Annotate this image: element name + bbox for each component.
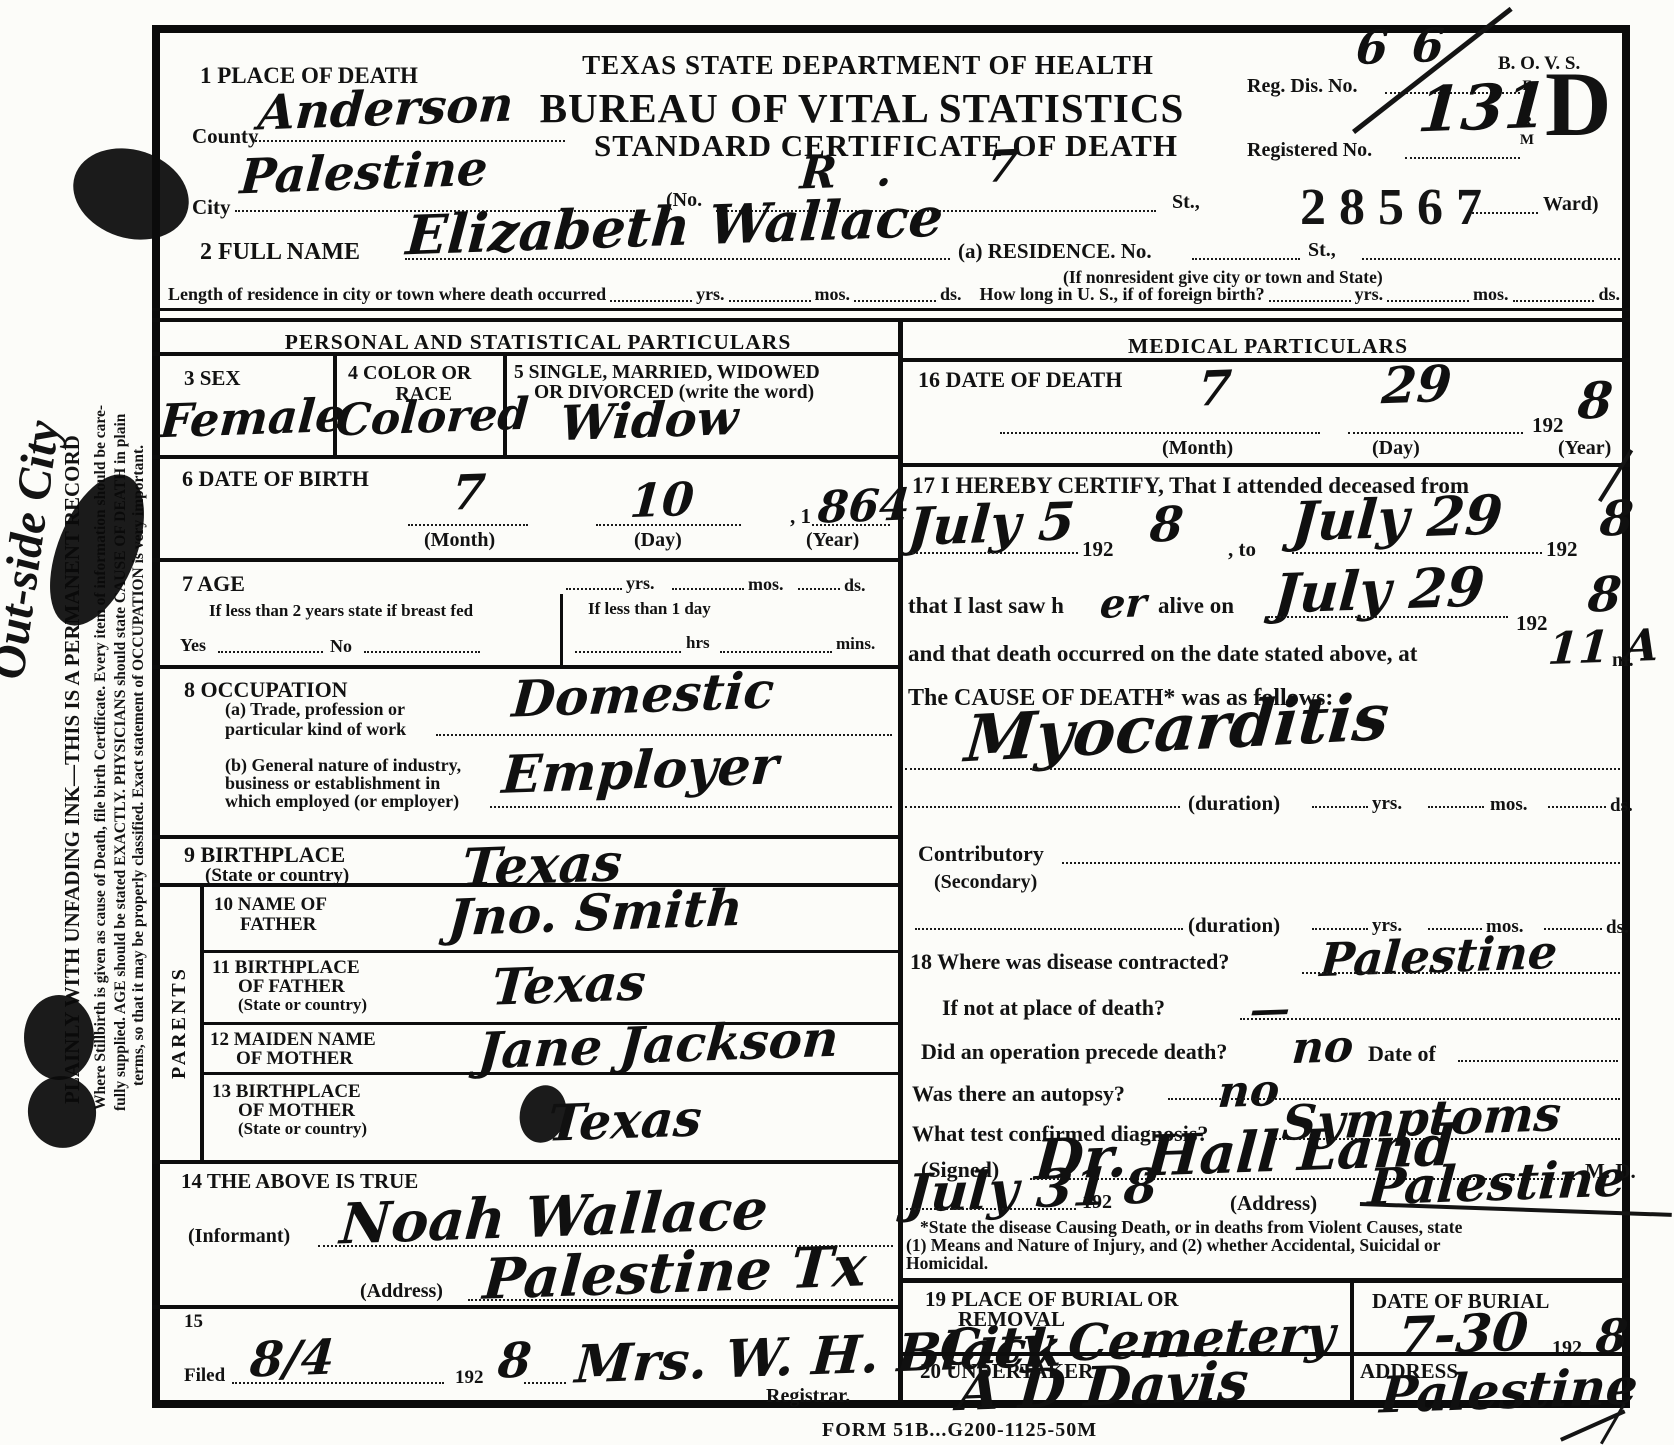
- divider: [152, 1160, 898, 1164]
- footnote-line1: *State the disease Causing Death, or in …: [920, 1218, 1462, 1236]
- blank-line: [905, 806, 1180, 808]
- blank-line: [1548, 806, 1606, 808]
- mins-label: mins.: [836, 635, 875, 653]
- blank-line: [1269, 299, 1351, 302]
- mother-birthplace-label-line1: 13 BIRTHPLACE: [212, 1082, 361, 1102]
- blank-line: [1387, 299, 1469, 302]
- blank-line: [1268, 616, 1508, 618]
- father-birthplace-note: (State or country): [238, 996, 367, 1014]
- sidebar-stillbirth-line: Where Stillbirth is given as cause of De…: [92, 75, 110, 1440]
- divider: [152, 318, 1630, 322]
- blank-line: [408, 524, 528, 526]
- divider: [903, 1352, 1630, 1356]
- mos-label: mos.: [1473, 284, 1509, 305]
- item-15-label: 15: [184, 1312, 203, 1332]
- occupation-a-value: Domestic: [511, 667, 776, 721]
- mother-name-value: Jane Jackson: [477, 1016, 841, 1074]
- medical-section-title: MEDICAL PARTICULARS: [1128, 334, 1408, 359]
- duration2-label: (duration): [1188, 914, 1280, 936]
- blank-line: [490, 806, 892, 808]
- blank-line: [364, 651, 480, 653]
- divider: [152, 352, 898, 356]
- blank-line: [1428, 806, 1484, 808]
- sex-value: Female: [159, 395, 346, 443]
- duration-label: (duration): [1188, 792, 1280, 814]
- informant-address-value: Palestine Tx: [481, 1241, 868, 1305]
- to-year-value: 8: [1598, 497, 1634, 541]
- dod-day-value: 29: [1380, 361, 1453, 409]
- ifnot-label: If not at place of death?: [942, 996, 1165, 1019]
- lastsaw-pre-label: that I last saw h: [908, 594, 1064, 618]
- death-occurred-label: and that death occurred on the date stat…: [908, 642, 1417, 666]
- color-race-value: Colored: [335, 395, 530, 441]
- undertaker-value: A D Davis: [956, 1357, 1250, 1416]
- yes-label: Yes: [180, 636, 206, 655]
- mother-name-label-line2: OF MOTHER: [236, 1049, 353, 1069]
- dateof-label: Date of: [1368, 1042, 1436, 1065]
- marital-label-line1: 5 SINGLE, MARRIED, WIDOWED: [514, 362, 820, 383]
- from-year-value: 8: [1148, 503, 1184, 547]
- dod-month-value: 7: [1196, 367, 1232, 411]
- blank-line: [436, 734, 892, 736]
- lessday-note: If less than 1 day: [588, 600, 711, 618]
- occupation-a-label-line2: particular kind of work: [225, 720, 406, 739]
- operation-value: no: [1291, 1027, 1355, 1069]
- filed-label: Filed: [184, 1366, 225, 1386]
- dod-month-label: (Month): [1162, 438, 1233, 459]
- lastsaw-year-value: 8: [1586, 573, 1622, 617]
- autopsy-label: Was there an autopsy?: [912, 1082, 1125, 1105]
- date-of-death-label: 16 DATE OF DEATH: [918, 368, 1122, 391]
- mother-name-label-line1: 12 MAIDEN NAME: [210, 1030, 376, 1050]
- father-birthplace-label-line2: OF FATHER: [238, 977, 345, 997]
- divider: [200, 1072, 898, 1075]
- age-label: 7 AGE: [182, 572, 245, 595]
- occupation-a-label-line1: (a) Trade, profession or: [225, 700, 405, 719]
- blank-line: [854, 299, 936, 302]
- marital-value: Widow: [559, 397, 740, 447]
- signed-address-label: (Address): [1230, 1192, 1317, 1214]
- dob-month-label: (Month): [424, 530, 495, 551]
- divider: [152, 1305, 898, 1309]
- registered-label: Registered No.: [1247, 140, 1372, 161]
- operation-label: Did an operation precede death?: [921, 1040, 1227, 1063]
- informant-address-label: (Address): [360, 1281, 443, 1302]
- certificate-number-stamp: 28567: [1300, 178, 1495, 237]
- contributory-label: Contributory: [918, 842, 1044, 865]
- signed-year-value: 8: [1122, 1165, 1158, 1209]
- death-time-m-label: m.: [1612, 650, 1634, 671]
- father-birthplace-label-line1: 11 BIRTHPLACE: [212, 958, 360, 978]
- breastfed-note: If less than 2 years state if breast fed: [209, 602, 473, 620]
- from-year-printed: 192: [1082, 538, 1114, 560]
- blank-line: [1458, 1060, 1618, 1062]
- ds-label: ds.: [1598, 284, 1620, 305]
- blank-line: [1348, 432, 1523, 434]
- blank-line: [1292, 552, 1542, 554]
- blank-line: [566, 588, 622, 590]
- color-race-label-line1: 4 COLOR OR: [348, 362, 471, 384]
- occupation-label: 8 OCCUPATION: [184, 678, 348, 701]
- blank-line: [1405, 157, 1520, 159]
- mother-birthplace-note: (State or country): [238, 1120, 367, 1138]
- blank-line: [255, 140, 565, 142]
- reg-dis-label: Reg. Dis. No.: [1247, 76, 1358, 97]
- blank-line: [1312, 806, 1368, 808]
- father-name-label-line1: 10 NAME OF: [214, 895, 327, 915]
- to-year-printed: 192: [1546, 538, 1578, 560]
- blank-line: [908, 552, 1078, 554]
- cause-of-death-value: Myocarditis: [963, 689, 1391, 769]
- blank-line: [798, 588, 840, 590]
- blank-line: [672, 588, 744, 590]
- yrs-label: yrs.: [696, 284, 725, 305]
- blank-line: [1062, 862, 1620, 864]
- signed-date-value: July 31: [904, 1164, 1110, 1218]
- ds-label: ds.: [940, 284, 962, 305]
- reg-dis-value: 66: [1355, 24, 1470, 69]
- bureau-title: BUREAU OF VITAL STATISTICS: [540, 84, 1185, 132]
- dob-year-label: (Year): [806, 530, 859, 551]
- attended-from-date: July 5: [906, 499, 1076, 552]
- undertaker-address-value: Palestine: [1379, 1363, 1640, 1417]
- parents-group-label: PARENTS: [168, 930, 191, 1115]
- no-label: No: [330, 637, 352, 656]
- autopsy-value: no: [1217, 1071, 1281, 1113]
- blank-line: [1472, 212, 1538, 214]
- lastsaw-year-printed: 192: [1516, 612, 1548, 634]
- secondary-label: (Secondary): [934, 872, 1037, 893]
- dod-year-value: 8: [1576, 377, 1614, 423]
- form-letter-d: D: [1545, 56, 1611, 153]
- dob-year-value: 864: [817, 485, 912, 528]
- county-label: County: [192, 125, 259, 147]
- filed-date-value: 8/4: [249, 1336, 336, 1382]
- cell-divider: [560, 594, 563, 665]
- sex-label: 3 SEX: [184, 367, 241, 389]
- age-mos-label: mos.: [748, 575, 784, 594]
- registrar-label: Registrar.: [766, 1386, 850, 1407]
- duration-mos-label: mos.: [1490, 795, 1527, 815]
- death-time-value: 11 A: [1547, 626, 1660, 670]
- divider: [152, 455, 898, 459]
- filed-year-value: 8: [496, 1339, 532, 1383]
- ward-label: Ward): [1543, 194, 1599, 215]
- mother-birthplace-label-line2: OF MOTHER: [238, 1101, 355, 1121]
- age-ds-label: ds.: [844, 576, 866, 595]
- birthplace-label: 9 BIRTHPLACE: [184, 843, 345, 866]
- blank-line: [1302, 972, 1620, 974]
- city-value: Palestine: [239, 148, 489, 200]
- ink-blot: [24, 995, 94, 1080]
- blank-line: [1192, 258, 1300, 260]
- informant-label: (Informant): [188, 1226, 290, 1247]
- blank-line: [524, 1382, 566, 1384]
- duration-ds-label: ds.: [1610, 796, 1633, 816]
- blank-line: [1513, 299, 1595, 302]
- filed-year-printed: 192: [455, 1368, 484, 1388]
- street-label: St.,: [1172, 192, 1200, 213]
- divider: [903, 463, 1630, 467]
- blank-line: [468, 1299, 893, 1301]
- dob-month-value: 7: [450, 471, 486, 515]
- hrs-label: hrs: [686, 634, 710, 652]
- blank-line: [812, 524, 890, 526]
- dod-year-label: (Year): [1558, 438, 1611, 459]
- age-yrs-label: yrs.: [626, 574, 655, 593]
- residence-label: (a) RESIDENCE. No.: [958, 240, 1152, 262]
- lastsaw-post-label: alive on: [1158, 594, 1234, 618]
- dob-day-label: (Day): [634, 530, 682, 551]
- divider: [152, 308, 1630, 311]
- department-title: TEXAS STATE DEPARTMENT OF HEALTH: [582, 50, 1154, 81]
- disease-contracted-value: Palestine: [1319, 932, 1559, 982]
- blank-line: [905, 768, 1620, 770]
- blank-line: [610, 299, 692, 302]
- occupation-b-label-line3: which employed (or employer): [225, 792, 459, 811]
- death-certificate-scan: PLAINLY WITH UNFADING INK—THIS IS A PERM…: [0, 0, 1674, 1445]
- signed-year-printed: 192: [1082, 1192, 1112, 1213]
- father-birthplace-value: Texas: [490, 959, 647, 1009]
- blank-line: [1362, 258, 1620, 260]
- signed-address-value: Palestine: [1367, 1155, 1628, 1209]
- lastsaw-date-value: July 29: [1272, 562, 1486, 618]
- divider: [903, 1278, 1630, 1283]
- attended-to-date: July 29: [1290, 490, 1504, 546]
- blank-line: [906, 1208, 1076, 1210]
- blank-line: [218, 651, 323, 653]
- blank-line: [1312, 928, 1368, 930]
- length-label: Length of residence in city or town wher…: [168, 284, 606, 305]
- father-name-label-line2: FATHER: [240, 915, 316, 935]
- duration2-ds-label: ds.: [1606, 918, 1629, 938]
- length-of-residence-row: Length of residence in city or town wher…: [168, 284, 1620, 305]
- blank-line: [915, 928, 1183, 930]
- divider: [152, 558, 898, 562]
- lastsaw-er-value: er: [1099, 585, 1148, 623]
- blank-line: [575, 651, 681, 653]
- mos-label: mos.: [815, 284, 851, 305]
- ifnot-value: —: [1249, 991, 1292, 1029]
- dob-label: 6 DATE OF BIRTH: [182, 467, 369, 490]
- footnote-line3: Homicidal.: [906, 1254, 988, 1272]
- blank-line: [596, 524, 741, 526]
- blank-line: [729, 299, 811, 302]
- blank-line: [1240, 1018, 1620, 1020]
- howlong-label: How long in U. S., if of foreign birth?: [979, 284, 1264, 305]
- sidebar-terms-line: terms, so that it may be properly classi…: [130, 90, 148, 1440]
- dob-day-value: 10: [629, 479, 696, 523]
- to-label: , to: [1228, 538, 1256, 560]
- full-name-value: Elizabeth Wallace: [404, 193, 944, 260]
- county-value: Anderson: [257, 83, 515, 135]
- sidebar-supplied-line: fully supplied. AGE should be stated EXA…: [112, 85, 130, 1440]
- blank-line: [720, 651, 832, 653]
- disease-contracted-label: 18 Where was disease contracted?: [910, 950, 1229, 973]
- occupation-b-value: Employer: [500, 743, 779, 800]
- dod-year-printed: 192: [1532, 414, 1564, 436]
- cell-divider: [1350, 1278, 1354, 1402]
- full-name-label: 2 FULL NAME: [200, 240, 360, 265]
- mother-birthplace-value: Texas: [546, 1095, 703, 1145]
- dob-year-printed: , 1: [790, 505, 811, 527]
- dod-day-label: (Day): [1372, 438, 1420, 459]
- footnote-line2: (1) Means and Nature of Injury, and (2) …: [906, 1236, 1441, 1254]
- blank-line: [1000, 432, 1320, 434]
- divider: [903, 358, 1630, 362]
- residence-street-label: St.,: [1308, 240, 1336, 261]
- city-label: City: [192, 196, 231, 218]
- divider: [200, 950, 898, 953]
- above-is-true-label: 14 THE ABOVE IS TRUE: [181, 1170, 418, 1192]
- form-vertical-label: FORM: [1518, 78, 1535, 150]
- yrs-label: yrs.: [1355, 284, 1384, 305]
- father-name-value: Jno. Smith: [447, 885, 745, 940]
- duration-yrs-label: yrs.: [1372, 794, 1402, 814]
- form-code-caption: FORM 51B...G200-1125-50M: [822, 1420, 1097, 1441]
- ink-blot: [21, 1070, 102, 1155]
